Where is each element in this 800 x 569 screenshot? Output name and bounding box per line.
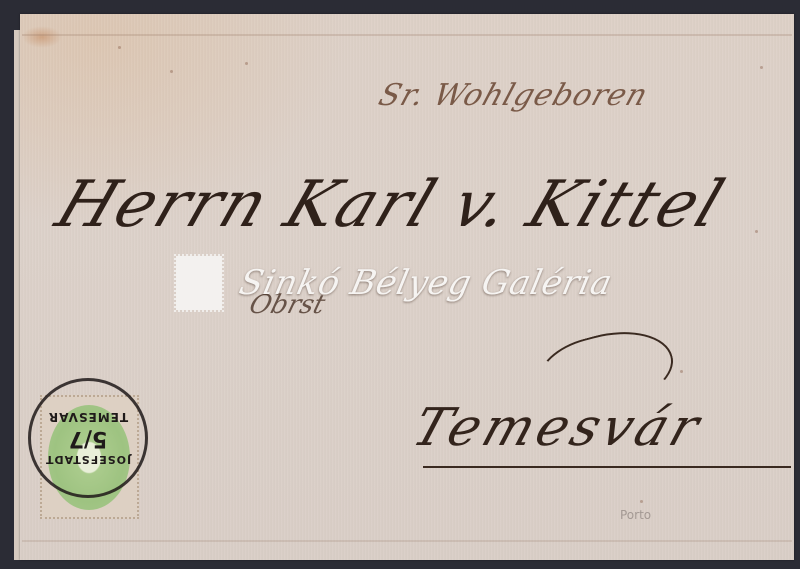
stamp-icon <box>176 256 222 310</box>
foxing-spot <box>680 370 683 373</box>
postmark-top-text: JOSEFSTADT <box>45 453 131 466</box>
foxing-spot <box>118 46 121 49</box>
destination-city: Temesvár <box>405 398 710 458</box>
pencil-notation: Porto <box>620 508 651 522</box>
destination-underline <box>423 466 791 468</box>
foxing-spot <box>170 70 173 73</box>
postmark-bottom-text: TEMESVAR <box>48 410 128 424</box>
watermark: Sinkó Bélyeg Galéria <box>176 252 612 314</box>
salutation-text: Sr. Wohlgeboren <box>374 78 652 113</box>
fold-line <box>22 34 792 36</box>
watermark-text: Sinkó Bélyeg Galéria <box>236 263 616 303</box>
foxing-spot <box>640 500 643 503</box>
postmark: JOSEFSTADT 5/7 TEMESVAR <box>28 378 148 498</box>
postmark-date: 5/7 <box>69 426 108 451</box>
foxing-spot <box>755 230 758 233</box>
fold-line <box>22 540 792 542</box>
foxing-spot <box>760 66 763 69</box>
rust-stain <box>22 26 62 48</box>
recipient-name: Herrn Karl v. Kittel <box>47 168 735 242</box>
foxing-spot <box>245 62 248 65</box>
